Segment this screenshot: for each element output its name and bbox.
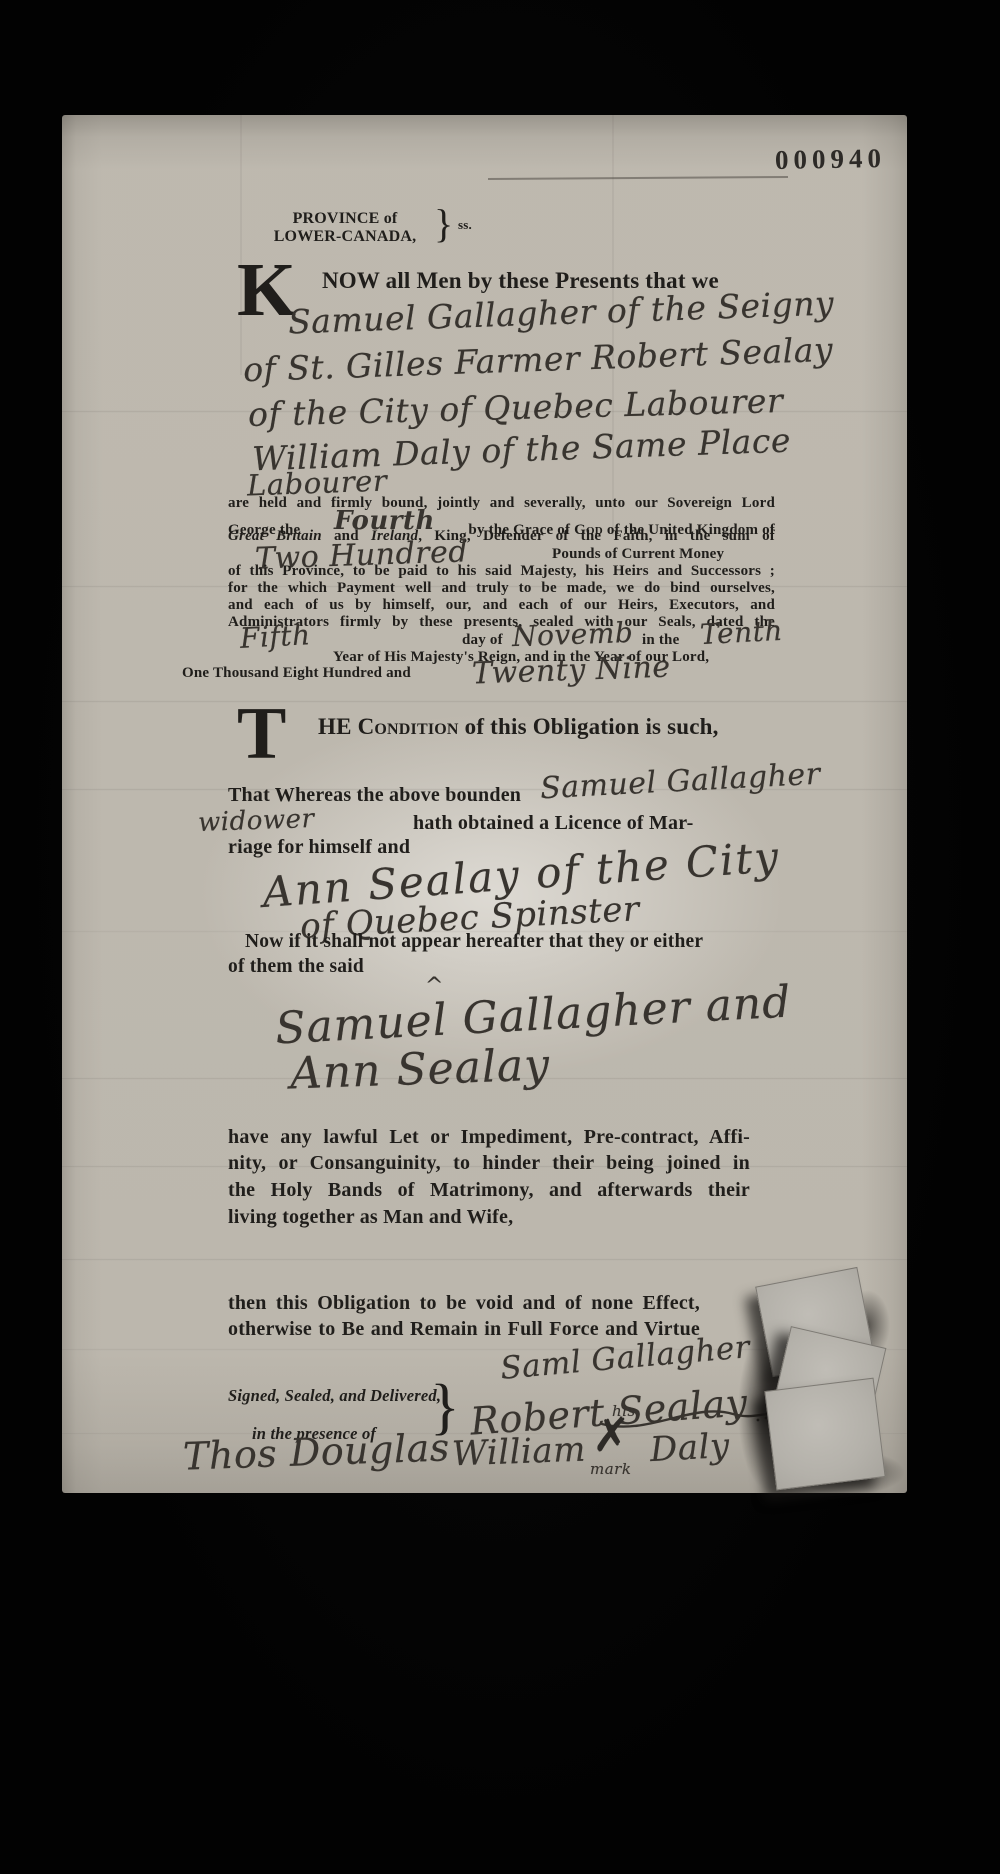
impediment-line: the Holy Bands of Matrimony, and afterwa… xyxy=(228,1179,750,1202)
bond-line: and each of us by himself, our, and each… xyxy=(228,597,775,614)
closing-line: otherwise to Be and Remain in Full Force… xyxy=(228,1318,700,1341)
condition-heading: HE Condition of this Obligation is such, xyxy=(318,714,719,740)
bond-line: are held and firmly bound, jointly and s… xyxy=(228,495,775,512)
handwritten-reign-year: Tenth xyxy=(699,614,784,651)
province-line-1: PROVINCE of xyxy=(256,210,434,228)
closing-line: then this Obligation to be void and of n… xyxy=(228,1292,700,1315)
dropcap-t: T xyxy=(237,703,287,766)
signature-daly-last: Daly xyxy=(649,1426,731,1470)
whereas-line: That Whereas the above bounden xyxy=(228,784,521,807)
bond-line: Pounds of Current Money xyxy=(552,546,724,563)
bond-line: in the xyxy=(642,632,679,649)
bond-line: day of xyxy=(462,632,503,649)
handwritten-day: Fifth xyxy=(239,618,311,655)
condition-smallcaps: Condition xyxy=(358,714,459,739)
paper-seal-3 xyxy=(764,1378,885,1491)
signature-daly-first: William xyxy=(451,1430,586,1475)
document-page: 000940 PROVINCE of LOWER-CANADA, } ss. K… xyxy=(0,0,1000,1874)
handwritten-year: Twenty Nine xyxy=(471,650,671,692)
daly-x-mark: ✗ xyxy=(592,1408,631,1462)
ss-abbr: ss. xyxy=(458,217,472,233)
province-line-2: LOWER-CANADA, xyxy=(256,228,434,246)
whereas-line: riage for himself and xyxy=(228,836,410,859)
handwritten-month: Novemb xyxy=(511,616,633,653)
attestation-line: Signed, Sealed, and Delivered, xyxy=(228,1386,441,1406)
fold-crease xyxy=(62,700,907,703)
daly-mark-label: mark xyxy=(590,1460,631,1478)
signature-witness-douglas: Thos Douglas xyxy=(182,1425,450,1478)
handwritten-couple-line: Ann Sealay xyxy=(289,1039,551,1099)
fold-crease xyxy=(62,1258,907,1261)
now-line: Now if it shall not appear hereafter tha… xyxy=(245,931,703,953)
stamp-number: 000940 xyxy=(775,143,887,176)
impediment-line: nity, or Consanguinity, to hinder their … xyxy=(228,1152,750,1175)
now-line: of them the said xyxy=(228,956,364,978)
fold-crease xyxy=(240,115,242,375)
handwritten-status: widower xyxy=(198,804,315,838)
impediment-line: have any lawful Let or Impediment, Pre-c… xyxy=(228,1126,750,1149)
bond-line: One Thousand Eight Hundred and xyxy=(182,665,411,682)
condition-rest: of this Obligation is such, xyxy=(465,714,719,739)
whereas-line: hath obtained a Licence of Mar- xyxy=(413,812,693,835)
impediment-line: living together as Man and Wife, xyxy=(228,1206,513,1229)
province-heading: PROVINCE of LOWER-CANADA, xyxy=(256,210,434,246)
condition-he: HE xyxy=(318,714,352,739)
bond-line: of this Province, to be paid to his said… xyxy=(228,563,775,580)
bond-line: for the which Payment well and truly to … xyxy=(228,580,775,597)
province-brace: } xyxy=(434,200,453,247)
bond-text: , King, Defender of the Faith, in the su… xyxy=(418,528,775,544)
